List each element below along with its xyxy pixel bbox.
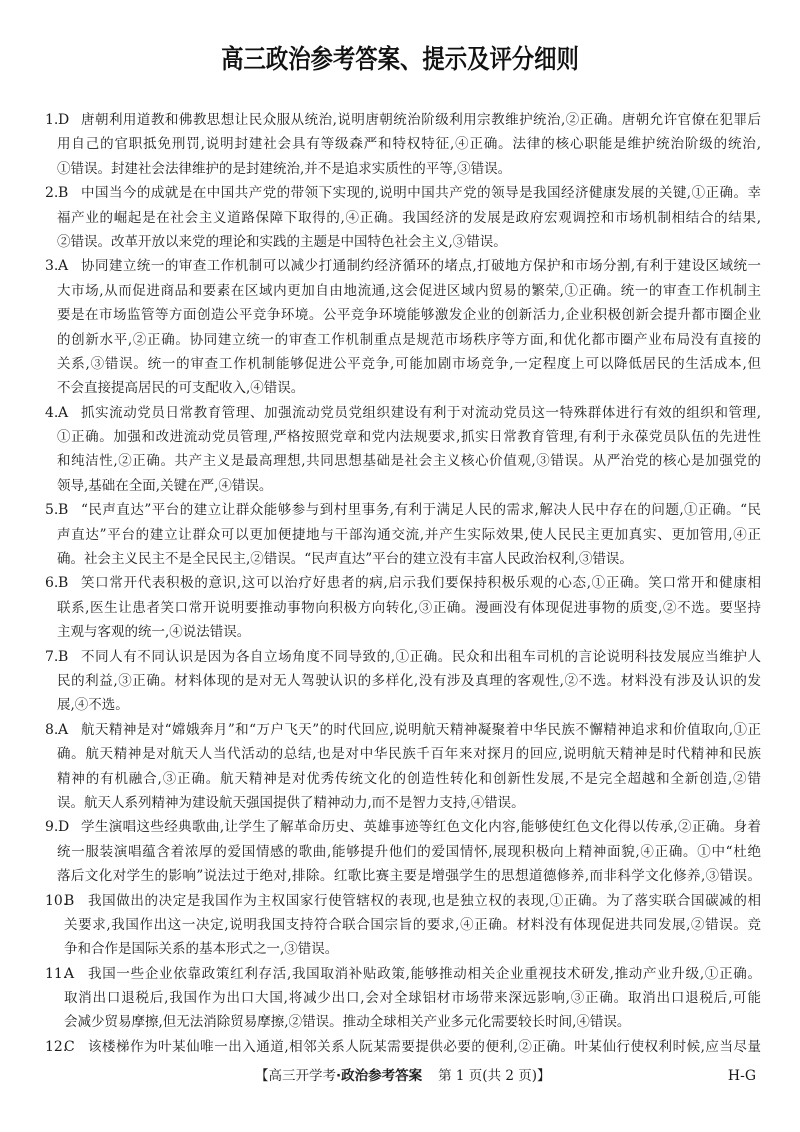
- answer-line: 9. D 学生演唱这些经典歌曲,让学生了解革命历史、英雄事迹等红色文化内容,能够…: [0, 815, 800, 839]
- answer-line: 6. B 笑口常开代表积极的意识,这可以治疗好患者的病,启示我们要保持积极乐观的…: [0, 571, 800, 595]
- explanation-line: 误。航天人系列精神为建设航天强国提供了精神动力,而不是智力支持,④错误。: [57, 791, 761, 815]
- answer-key: B: [58, 645, 68, 669]
- answer-key: B: [58, 498, 68, 522]
- answer-key: B: [58, 181, 68, 205]
- answer-line: 4. A 抓实流动党员日常教育管理、加强流动党员党组织建设有利于对流动党员这一特…: [0, 401, 800, 425]
- answer-line: 福产业的崛起是在社会主义道路保障下取得的,④正确。我国经济的发展是政府宏观调控和…: [0, 206, 800, 230]
- answer-line: 的创新水平,②正确。协同建立统一的审查工作机制重点是规范市场秩序等方面,和优化都…: [0, 328, 800, 352]
- answer-sheet-page: 高三政治参考答案、提示及评分细则 1. D 唐朝利用道教和佛教思想让民众服从统治…: [0, 0, 800, 1132]
- answer-line: 误。航天人系列精神为建设航天强国提供了精神动力,而不是智力支持,④错误。: [0, 791, 800, 815]
- explanation-line: 确。航天精神是对航天人当代活动的总结,也是对中华民族千百年来对探月的回应,说明航…: [57, 742, 761, 766]
- explanation-line: 我国一些企业依靠政策红利存活,我国取消补贴政策,能够推动相关企业重视技术研发,推…: [88, 962, 761, 986]
- footer-code: H-G: [728, 1066, 756, 1086]
- explanation-line: 关要求,我国作出这一决定,说明我国支持符合联合国宗旨的要求,④正确。材料没有体现…: [64, 913, 761, 937]
- answer-key: A: [58, 254, 68, 278]
- explanation-line: 唐朝利用道教和佛教思想让民众服从统治,说明唐朝统治阶级利用宗教维护统治,②正确。…: [81, 108, 761, 132]
- explanation-line: 我国做出的决定是我国作为主权国家行使管辖权的表现,也是独立权的表现,①正确。为了…: [88, 889, 761, 913]
- explanation-line: 主观与客观的统一,④说法错误。: [57, 620, 761, 644]
- explanation-line: 不同人有不同认识是因为各自立场角度不同导致的,①正确。民众和出租车司机的言论说明…: [81, 645, 761, 669]
- explanation-line: 取消出口退税后,我国作为出口大国,将减少出口,会对全球铝材市场带来深远影响,③正…: [64, 986, 761, 1010]
- answer-key: D: [58, 108, 69, 132]
- answer-line: 主观与客观的统一,④说法错误。: [0, 620, 800, 644]
- answer-line: 领导,基础在全面,关键在严,④错误。: [0, 474, 800, 498]
- explanation-line: 抓实流动党员日常教育管理、加强流动党员党组织建设有利于对流动党员这一特殊群体进行…: [81, 401, 761, 425]
- explanation-line: 不会直接提高居民的可支配收入,④错误。: [57, 376, 761, 400]
- page-footer: 【高三开学考·政治参考答案第 1 页(共 2 页)】: [255, 1066, 551, 1086]
- explanation-line: 的创新水平,②正确。协同建立统一的审查工作机制重点是规范市场秩序等方面,和优化都…: [57, 328, 761, 352]
- answer-key: B: [64, 889, 74, 913]
- explanation-line: 协同建立统一的审查工作机制可以减少打通制约经济循环的堵点,打破地方保护和市场分割…: [81, 254, 761, 278]
- explanation-line: 大市场,从而促进商品和要素在区域内更加自由地流通,这会促进区域内贸易的繁荣,①正…: [57, 279, 761, 303]
- answer-key: B: [58, 571, 68, 595]
- explanation-line: 展,④不选。: [57, 693, 761, 717]
- explanation-line: 用自己的官职抵免刑罚,说明封建社会具有等级森严和特权特征,④正确。法律的核心职能…: [57, 132, 761, 156]
- explanation-line: 笑口常开代表积极的意识,这可以治疗好患者的病,启示我们要保持积极乐观的心态,①正…: [81, 571, 761, 595]
- explanation-line: ①错误。封建社会法律维护的是封建统治,并不是追求实质性的平等,③错误。: [57, 157, 761, 181]
- answer-item-4: 4. A 抓实流动党员日常教育管理、加强流动党员党组织建设有利于对流动党员这一特…: [0, 401, 800, 499]
- answer-line: 大市场,从而促进商品和要素在区域内更加自由地流通,这会促进区域内贸易的繁荣,①正…: [0, 279, 800, 303]
- answer-line: 和纯洁性,②正确。共产主义是最高理想,共同思想基础是社会主义核心价值观,③错误。…: [0, 449, 800, 473]
- answer-line: 11. A 我国一些企业依靠政策红利存活,我国取消补贴政策,能够推动相关企业重视…: [0, 962, 800, 986]
- explanation-line: 航天精神是对“嫦娥奔月”和“万户飞天”的时代回应,说明航天精神凝聚着中华民族不懈…: [81, 718, 761, 742]
- explanation-line: 中国当今的成就是在中国共产党的带领下实现的,说明中国共产党的领导是我国经济健康发…: [81, 181, 761, 205]
- footer-page-info: 第 1 页(共 2 页): [438, 1068, 537, 1084]
- answer-line: 展,④不选。: [0, 693, 800, 717]
- answer-line: 10. B 我国做出的决定是我国作为主权国家行使管辖权的表现,也是独立权的表现,…: [0, 889, 800, 913]
- answer-line: 精神的有机融合,③正确。航天精神是对优秀传统文化的创造性转化和创新性发展,不是完…: [0, 767, 800, 791]
- answer-line: 取消出口退税后,我国作为出口大国,将减少出口,会对全球铝材市场带来深远影响,③正…: [0, 986, 800, 1010]
- page-title: 高三政治参考答案、提示及评分细则: [0, 44, 800, 76]
- explanation-line: 落后文化对学生的影响”说法过于绝对,排除。红歌比赛主要是增强学生的思想道德修养,…: [57, 864, 761, 888]
- page-title-text: 高三政治参考答案、提示及评分细则: [221, 44, 579, 76]
- explanation-line: 声直达”平台的建立让群众可以更加便捷地与干部沟通交流,并产生实际效果,使人民民主…: [57, 523, 761, 547]
- explanation-line: “民声直达”平台的建立让群众能够参与到村里事务,有利于满足人民的需求,解决人民中…: [81, 498, 761, 522]
- explanation-line: ②错误。改革开放以来党的理论和实践的主题是中国特色社会主义,③错误。: [57, 230, 761, 254]
- question-number: 4.: [45, 401, 58, 425]
- answer-line: 3. A 协同建立统一的审查工作机制可以减少打通制约经济循环的堵点,打破地方保护…: [0, 254, 800, 278]
- explanation-line: 福产业的崛起是在社会主义道路保障下取得的,④正确。我国经济的发展是政府宏观调控和…: [57, 206, 761, 230]
- answer-list: 1. D 唐朝利用道教和佛教思想让民众服从统治,说明唐朝统治阶级利用宗教维护统治…: [0, 108, 800, 1059]
- explanation-line: ①正确。加强和改进流动党员管理,严格按照党章和党内法规要求,抓实日常教育管理,有…: [57, 425, 761, 449]
- question-number: 7.: [45, 645, 58, 669]
- answer-key: A: [58, 401, 68, 425]
- answer-line: 5. B “民声直达”平台的建立让群众能够参与到村里事务,有利于满足人民的需求,…: [0, 498, 800, 522]
- question-number: 8.: [45, 718, 58, 742]
- answer-line: 用自己的官职抵免刑罚,说明封建社会具有等级森严和特权特征,④正确。法律的核心职能…: [0, 132, 800, 156]
- explanation-line: 学生演唱这些经典歌曲,让学生了解革命历史、英雄事迹等红色文化内容,能够使红色文化…: [81, 815, 761, 839]
- footer-bracket-close: 】: [537, 1068, 551, 1084]
- answer-line: 民的利益,③正确。材料体现的是对无人驾驶认识的多样化,没有涉及真理的客观性,②不…: [0, 669, 800, 693]
- answer-item-5: 5. B “民声直达”平台的建立让群众能够参与到村里事务,有利于满足人民的需求,…: [0, 498, 800, 571]
- answer-line: 联系,医生让患者笑口常开说明要推动事物向积极方向转化,③正确。漫画没有体现促进事…: [0, 596, 800, 620]
- answer-line: 不会直接提高居民的可支配收入,④错误。: [0, 376, 800, 400]
- answer-item-12: 12. C 该楼梯作为叶某仙唯一出入通道,相邻关系人阮某需要提供必要的便利,②正…: [0, 1035, 800, 1059]
- answer-line: 8. A 航天精神是对“嫦娥奔月”和“万户飞天”的时代回应,说明航天精神凝聚着中…: [0, 718, 800, 742]
- answer-line: 关系,③错误。统一的审查工作机制能够促进公平竞争,可能加剧市场竞争,一定程度上可…: [0, 352, 800, 376]
- answer-line: 要是在市场监管等方面创造公平竞争环境。公平竞争环境能够激发企业的创新活力,企业积…: [0, 303, 800, 327]
- answer-line: 统一服装演唱蕴含着浓厚的爱国情感的歌曲,能够提升他们的爱国情怀,展现积极向上精神…: [0, 840, 800, 864]
- answer-line: 声直达”平台的建立让群众可以更加便捷地与干部沟通交流,并产生实际效果,使人民民主…: [0, 523, 800, 547]
- answer-line: 2. B 中国当今的成就是在中国共产党的带领下实现的,说明中国共产党的领导是我国…: [0, 181, 800, 205]
- footer-exam-name: 高三开学考: [269, 1068, 337, 1084]
- answer-item-2: 2. B 中国当今的成就是在中国共产党的带领下实现的,说明中国共产党的领导是我国…: [0, 181, 800, 254]
- answer-item-3: 3. A 协同建立统一的审查工作机制可以减少打通制约经济循环的堵点,打破地方保护…: [0, 254, 800, 400]
- explanation-line: 会减少贸易摩擦,但无法消除贸易摩擦,②错误。推动全球相关产业多元化需要较长时间,…: [64, 1010, 761, 1034]
- answer-line: 7. B 不同人有不同认识是因为各自立场角度不同导致的,①正确。民众和出租车司机…: [0, 645, 800, 669]
- answer-item-7: 7. B 不同人有不同认识是因为各自立场角度不同导致的,①正确。民众和出租车司机…: [0, 645, 800, 718]
- answer-item-1: 1. D 唐朝利用道教和佛教思想让民众服从统治,说明唐朝统治阶级利用宗教维护统治…: [0, 108, 800, 181]
- answer-item-11: 11. A 我国一些企业依靠政策红利存活,我国取消补贴政策,能够推动相关企业重视…: [0, 962, 800, 1035]
- explanation-line: 和纯洁性,②正确。共产主义是最高理想,共同思想基础是社会主义核心价值观,③错误。…: [57, 449, 761, 473]
- question-number: 9.: [45, 815, 58, 839]
- explanation-line: 争和合作是国际关系的基本形式之一,③错误。: [64, 937, 761, 961]
- footer-bracket-open: 【: [255, 1068, 269, 1084]
- explanation-line: 民的利益,③正确。材料体现的是对无人驾驶认识的多样化,没有涉及真理的客观性,②不…: [57, 669, 761, 693]
- explanation-line: 确。社会主义民主不是全民民主,②错误。“民声直达”平台的建立没有丰富人民政治权利…: [57, 547, 761, 571]
- answer-item-6: 6. B 笑口常开代表积极的意识,这可以治疗好患者的病,启示我们要保持积极乐观的…: [0, 571, 800, 644]
- answer-line: 12. C 该楼梯作为叶某仙唯一出入通道,相邻关系人阮某需要提供必要的便利,②正…: [0, 1035, 800, 1059]
- question-number: 2.: [45, 181, 58, 205]
- answer-key: A: [58, 718, 68, 742]
- explanation-line: 精神的有机融合,③正确。航天精神是对优秀传统文化的创造性转化和创新性发展,不是完…: [57, 767, 761, 791]
- answer-line: 争和合作是国际关系的基本形式之一,③错误。: [0, 937, 800, 961]
- question-number: 5.: [45, 498, 58, 522]
- answer-line: 关要求,我国作出这一决定,说明我国支持符合联合国宗旨的要求,④正确。材料没有体现…: [0, 913, 800, 937]
- answer-item-9: 9. D 学生演唱这些经典歌曲,让学生了解革命历史、英雄事迹等红色文化内容,能够…: [0, 815, 800, 888]
- answer-key: D: [58, 815, 69, 839]
- explanation-line: 该楼梯作为叶某仙唯一出入通道,相邻关系人阮某需要提供必要的便利,②正确。叶某仙行…: [88, 1035, 761, 1059]
- explanation-line: 联系,医生让患者笑口常开说明要推动事物向积极方向转化,③正确。漫画没有体现促进事…: [57, 596, 761, 620]
- question-number: 6.: [45, 571, 58, 595]
- explanation-line: 关系,③错误。统一的审查工作机制能够促进公平竞争,可能加剧市场竞争,一定程度上可…: [57, 352, 761, 376]
- question-number: 1.: [45, 108, 58, 132]
- answer-line: ①错误。封建社会法律维护的是封建统治,并不是追求实质性的平等,③错误。: [0, 157, 800, 181]
- answer-item-10: 10. B 我国做出的决定是我国作为主权国家行使管辖权的表现,也是独立权的表现,…: [0, 889, 800, 962]
- answer-item-8: 8. A 航天精神是对“嫦娥奔月”和“万户飞天”的时代回应,说明航天精神凝聚着中…: [0, 718, 800, 816]
- answer-line: 确。航天精神是对航天人当代活动的总结,也是对中华民族千百年来对探月的回应,说明航…: [0, 742, 800, 766]
- answer-line: ②错误。改革开放以来党的理论和实践的主题是中国特色社会主义,③错误。: [0, 230, 800, 254]
- answer-key: A: [64, 962, 74, 986]
- answer-line: 确。社会主义民主不是全民民主,②错误。“民声直达”平台的建立没有丰富人民政治权利…: [0, 547, 800, 571]
- answer-line: 落后文化对学生的影响”说法过于绝对,排除。红歌比赛主要是增强学生的思想道德修养,…: [0, 864, 800, 888]
- explanation-line: 领导,基础在全面,关键在严,④错误。: [57, 474, 761, 498]
- question-number: 3.: [45, 254, 58, 278]
- answer-line: 会减少贸易摩擦,但无法消除贸易摩擦,②错误。推动全球相关产业多元化需要较长时间,…: [0, 1010, 800, 1034]
- answer-line: 1. D 唐朝利用道教和佛教思想让民众服从统治,说明唐朝统治阶级利用宗教维护统治…: [0, 108, 800, 132]
- footer-subject: 政治参考答案: [341, 1068, 422, 1084]
- answer-key: C: [64, 1035, 75, 1059]
- explanation-line: 统一服装演唱蕴含着浓厚的爱国情感的歌曲,能够提升他们的爱国情怀,展现积极向上精神…: [57, 840, 761, 864]
- explanation-line: 要是在市场监管等方面创造公平竞争环境。公平竞争环境能够激发企业的创新活力,企业积…: [57, 303, 761, 327]
- answer-line: ①正确。加强和改进流动党员管理,严格按照党章和党内法规要求,抓实日常教育管理,有…: [0, 425, 800, 449]
